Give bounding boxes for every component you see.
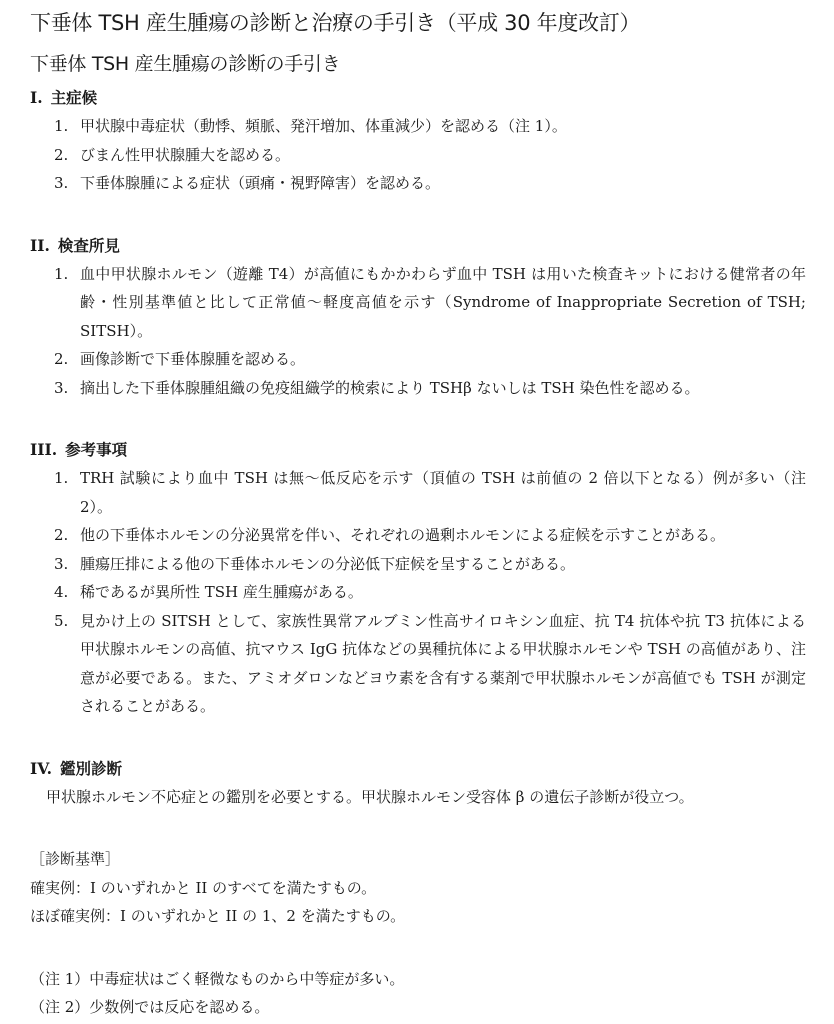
item-text: 摘出した下垂体腺腫組織の免疫組織学的検索により TSHβ ないしは TSH 染色… xyxy=(80,374,806,403)
section-heading: III. 参考事項 xyxy=(30,436,834,464)
criteria-definite: 確実例：I のいずれかと II のすべてを満たすもの。 xyxy=(30,874,834,903)
item-text: 下垂体腺腫による症状（頭痛・視野障害）を認める。 xyxy=(80,169,806,198)
section-number: III. xyxy=(30,436,57,464)
list-item: 2.びまん性甲状腺腫大を認める。 xyxy=(54,141,806,170)
item-number: 4. xyxy=(54,578,80,607)
criteria-heading: ［診断基準］ xyxy=(30,845,834,874)
item-text: 血中甲状腺ホルモン（遊離 T4）が高値にもかかわらず血中 TSH は用いた検査キ… xyxy=(80,260,806,346)
section-title: 鑑別診断 xyxy=(60,755,122,783)
spacer xyxy=(30,721,834,755)
section-title: 検査所見 xyxy=(58,232,120,260)
spacer xyxy=(30,198,834,232)
list-item: 1.TRH 試験により血中 TSH は無〜低反応を示す（頂値の TSH は前値の… xyxy=(54,464,806,521)
list-item: 5.見かけ上の SITSH として、家族性異常アルブミン性高サイロキシン血症、抗… xyxy=(54,607,806,721)
item-text: 他の下垂体ホルモンの分泌異常を伴い、それぞれの過剰ホルモンによる症候を示すことが… xyxy=(80,521,806,550)
section-heading: IV. 鑑別診断 xyxy=(30,755,834,783)
item-list: 1.血中甲状腺ホルモン（遊離 T4）が高値にもかかわらず血中 TSH は用いた検… xyxy=(30,260,834,403)
list-item: 3.摘出した下垂体腺腫組織の免疫組織学的検索により TSHβ ないしは TSH … xyxy=(54,374,806,403)
item-text: びまん性甲状腺腫大を認める。 xyxy=(80,141,806,170)
document-page: 下垂体 TSH 産生腫瘍の診断と治療の手引き（平成 30 年度改訂） 下垂体 T… xyxy=(0,0,834,1022)
item-text: 画像診断で下垂体腺腫を認める。 xyxy=(80,345,806,374)
item-number: 2. xyxy=(54,345,80,374)
item-text: 稀であるが異所性 TSH 産生腫瘍がある。 xyxy=(80,578,806,607)
footnote-1: （注 1）中毒症状はごく軽微なものから中等症が多い。 xyxy=(30,965,834,994)
spacer xyxy=(30,931,834,965)
footnote-2: （注 2）少数例では反応を認める。 xyxy=(30,993,834,1022)
list-item: 4.稀であるが異所性 TSH 産生腫瘍がある。 xyxy=(54,578,806,607)
section-number: II. xyxy=(30,232,50,260)
item-number: 3. xyxy=(54,374,80,403)
section-heading: I. 主症候 xyxy=(30,84,834,112)
section-heading: II. 検査所見 xyxy=(30,232,834,260)
criteria-probable: ほぼ確実例：I のいずれかと II の 1、2 を満たすもの。 xyxy=(30,902,834,931)
spacer xyxy=(30,402,834,436)
item-list: 1.TRH 試験により血中 TSH は無〜低反応を示す（頂値の TSH は前値の… xyxy=(30,464,834,721)
item-number: 1. xyxy=(54,464,80,521)
item-text: 腫瘍圧排による他の下垂体ホルモンの分泌低下症候を呈することがある。 xyxy=(80,550,806,579)
section-body: 甲状腺ホルモン不応症との鑑別を必要とする。甲状腺ホルモン受容体 β の遺伝子診断… xyxy=(30,783,834,812)
section-number: IV. xyxy=(30,755,52,783)
spacer xyxy=(30,811,834,845)
item-number: 3. xyxy=(54,550,80,579)
document-title: 下垂体 TSH 産生腫瘍の診断と治療の手引き（平成 30 年度改訂） xyxy=(30,8,834,44)
document-subtitle: 下垂体 TSH 産生腫瘍の診断の手引き xyxy=(30,44,834,84)
section-title: 参考事項 xyxy=(65,436,127,464)
list-item: 1.血中甲状腺ホルモン（遊離 T4）が高値にもかかわらず血中 TSH は用いた検… xyxy=(54,260,806,346)
item-number: 2. xyxy=(54,141,80,170)
list-item: 2.他の下垂体ホルモンの分泌異常を伴い、それぞれの過剰ホルモンによる症候を示すこ… xyxy=(54,521,806,550)
section-lab-findings: II. 検査所見 1.血中甲状腺ホルモン（遊離 T4）が高値にもかかわらず血中 … xyxy=(30,232,834,403)
item-list: 1.甲状腺中毒症状（動悸、頻脈、発汗増加、体重減少）を認める（注 1）。 2.び… xyxy=(30,112,834,198)
item-number: 1. xyxy=(54,260,80,346)
diagnostic-criteria: ［診断基準］ 確実例：I のいずれかと II のすべてを満たすもの。 ほぼ確実例… xyxy=(30,845,834,931)
item-text: TRH 試験により血中 TSH は無〜低反応を示す（頂値の TSH は前値の 2… xyxy=(80,464,806,521)
list-item: 3.腫瘍圧排による他の下垂体ホルモンの分泌低下症候を呈することがある。 xyxy=(54,550,806,579)
section-reference-notes: III. 参考事項 1.TRH 試験により血中 TSH は無〜低反応を示す（頂値… xyxy=(30,436,834,721)
section-main-symptoms: I. 主症候 1.甲状腺中毒症状（動悸、頻脈、発汗増加、体重減少）を認める（注 … xyxy=(30,84,834,198)
footnotes: （注 1）中毒症状はごく軽微なものから中等症が多い。 （注 2）少数例では反応を… xyxy=(30,965,834,1022)
section-title: 主症候 xyxy=(51,84,98,112)
list-item: 3.下垂体腺腫による症状（頭痛・視野障害）を認める。 xyxy=(54,169,806,198)
item-number: 3. xyxy=(54,169,80,198)
item-number: 5. xyxy=(54,607,80,721)
list-item: 1.甲状腺中毒症状（動悸、頻脈、発汗増加、体重減少）を認める（注 1）。 xyxy=(54,112,806,141)
section-number: I. xyxy=(30,84,43,112)
item-text: 甲状腺中毒症状（動悸、頻脈、発汗増加、体重減少）を認める（注 1）。 xyxy=(80,112,806,141)
item-text: 見かけ上の SITSH として、家族性異常アルブミン性高サイロキシン血症、抗 T… xyxy=(80,607,806,721)
item-number: 2. xyxy=(54,521,80,550)
item-number: 1. xyxy=(54,112,80,141)
list-item: 2.画像診断で下垂体腺腫を認める。 xyxy=(54,345,806,374)
section-differential-diagnosis: IV. 鑑別診断 甲状腺ホルモン不応症との鑑別を必要とする。甲状腺ホルモン受容体… xyxy=(30,755,834,812)
